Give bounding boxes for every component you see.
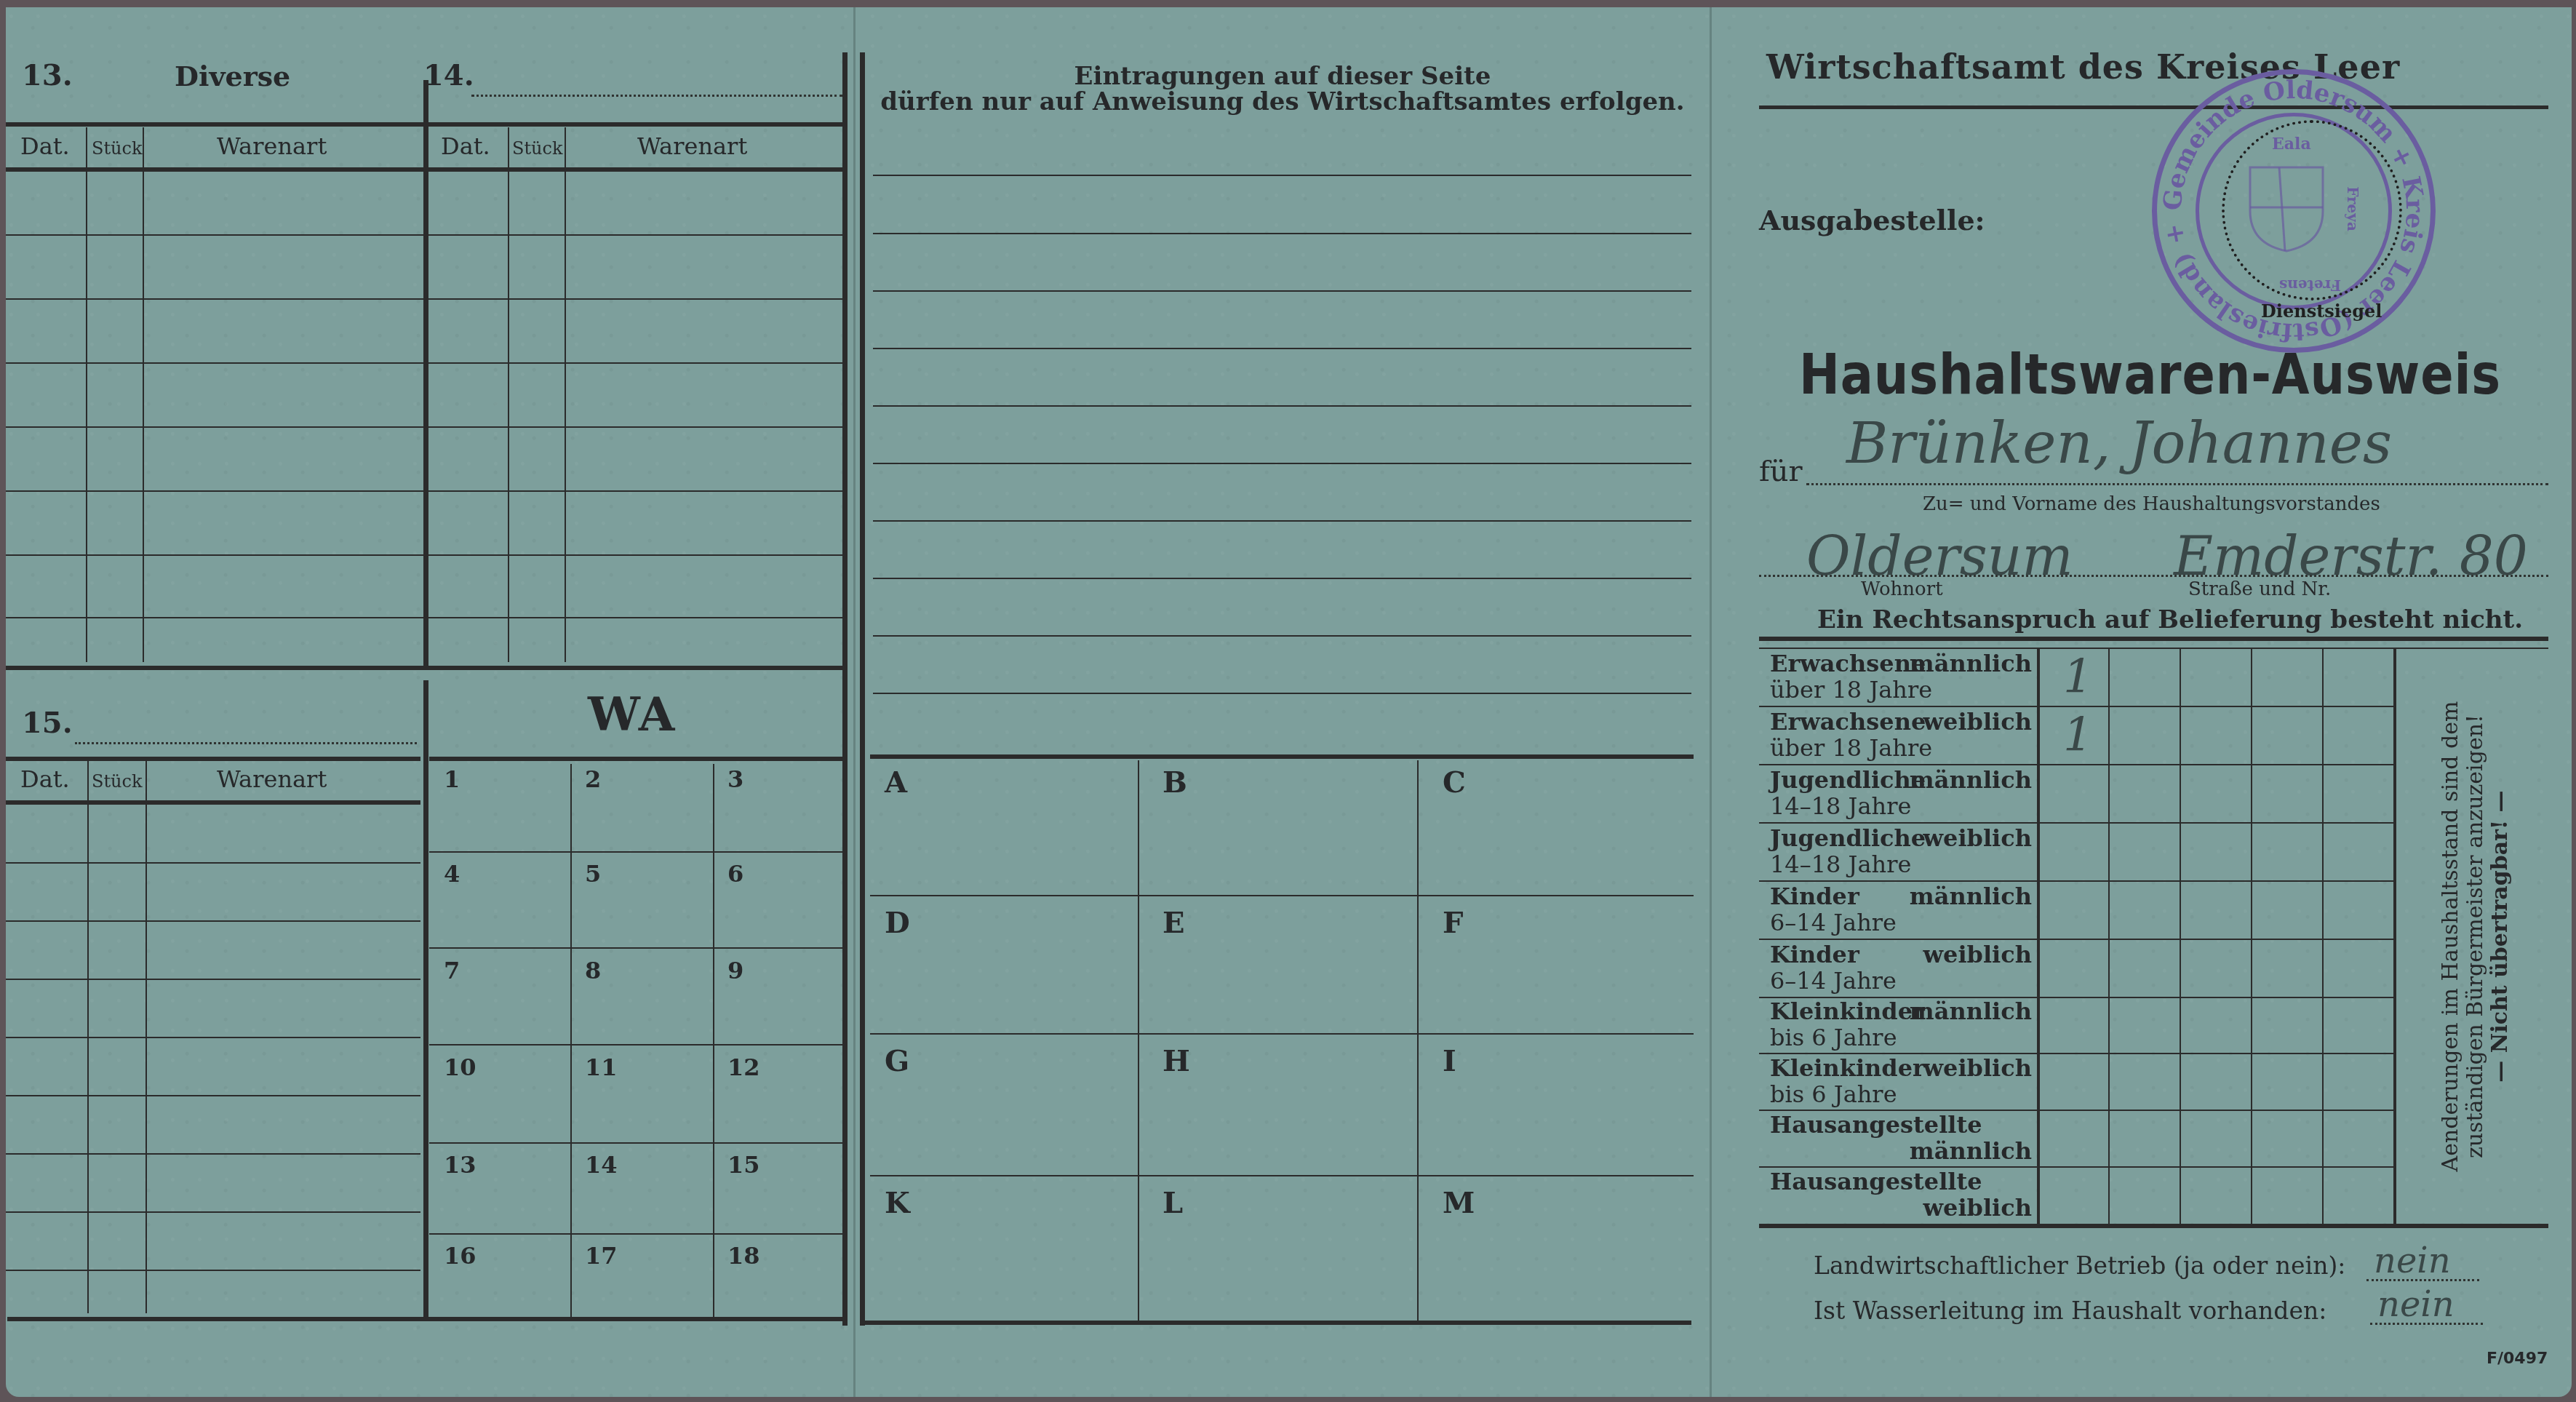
section-14-number: 14.: [423, 58, 474, 92]
column-header-date: Dat.: [20, 132, 70, 160]
grid-line: [870, 895, 1694, 896]
table-row-toddlers-female: Kleinkinder weiblich bis 6 Jahre: [1770, 1055, 2032, 1107]
wa-cell-4[interactable]: 4: [444, 860, 460, 888]
fold-crease: [1710, 7, 1712, 1397]
row-group: Kleinkinder: [1770, 997, 1925, 1025]
section-15-title-line[interactable]: [75, 742, 417, 744]
column-header-quantity: Stück: [512, 138, 563, 159]
entry-line[interactable]: [873, 290, 1691, 292]
entry-line[interactable]: [873, 175, 1691, 176]
row-gender: männlich: [1910, 1138, 2032, 1164]
column-header-date: Dat.: [20, 765, 70, 793]
row-group: Jugendliche: [1770, 766, 1926, 794]
wa-cell-1[interactable]: 1: [444, 765, 460, 793]
table-row-youth-male: Jugendliche männlich 14–18 Jahre: [1770, 767, 2032, 819]
row-gender: männlich: [1910, 883, 2032, 909]
column-divider: [2322, 649, 2324, 1224]
table-row[interactable]: [6, 298, 842, 300]
grid-cell-e[interactable]: E: [1163, 906, 1185, 940]
row-gender: weiblich: [1923, 709, 2033, 735]
row-age: bis 6 Jahre: [1770, 1024, 2032, 1051]
notice-line-1: Eintragungen auf dieser Seite: [857, 62, 1708, 91]
table-row-youth-female: Jugendliche weiblich 14–18 Jahre: [1770, 825, 2032, 877]
column-divider: [1138, 760, 1139, 1324]
wa-grid-title: WA: [588, 688, 676, 742]
grid-cell-l[interactable]: L: [1163, 1186, 1183, 1220]
wa-cell-12[interactable]: 12: [727, 1054, 760, 1081]
column-divider: [2393, 649, 2396, 1224]
row-group: Erwachsene: [1770, 650, 1926, 677]
form-code: F/0497: [2487, 1350, 2548, 1368]
entry-line[interactable]: [873, 405, 1691, 407]
divider: [7, 1317, 844, 1321]
table-row[interactable]: [6, 1270, 420, 1271]
side-note-line-1: Aenderungen im Haushaltsstand sind dem: [2439, 660, 2463, 1213]
row-divider: [1759, 822, 2393, 824]
grid-cell-m[interactable]: M: [1443, 1186, 1475, 1220]
divider: [870, 754, 1694, 759]
entry-line[interactable]: [873, 348, 1691, 349]
table-row[interactable]: [6, 1037, 420, 1038]
grid-line: [870, 1033, 1694, 1035]
table-row-children-female: Kinder weiblich 6–14 Jahre: [1770, 941, 2032, 994]
wa-cell-15[interactable]: 15: [727, 1151, 760, 1179]
table-row-domestic-male: Hausangestellte männlich: [1770, 1112, 2032, 1164]
divider: [6, 757, 420, 761]
section-13-title: Diverse: [175, 60, 290, 92]
wa-cell-18[interactable]: 18: [727, 1242, 760, 1270]
entry-line[interactable]: [873, 693, 1691, 694]
row-age: bis 6 Jahre: [1770, 1081, 2032, 1107]
column-header-quantity: Stück: [92, 138, 143, 159]
row-age: 14–18 Jahre: [1770, 793, 2032, 819]
panel-left: 13. Diverse 14. Dat. Stück Warenart Dat.…: [6, 7, 850, 1397]
column-divider: [2180, 649, 2181, 1224]
wa-cell-10[interactable]: 10: [444, 1054, 476, 1081]
column-divider: [2108, 649, 2110, 1224]
for-label: für: [1759, 455, 1803, 488]
table-row[interactable]: [6, 617, 842, 618]
row-age: 6–14 Jahre: [1770, 968, 2032, 994]
wa-cell-9[interactable]: 9: [727, 957, 743, 984]
table-row-adults-male: Erwachsene männlich über 18 Jahre: [1770, 650, 2032, 703]
column-divider: [2251, 649, 2252, 1224]
grid-line: [429, 947, 842, 949]
grid-cell-i[interactable]: I: [1443, 1044, 1456, 1078]
side-note: Aenderungen im Haushaltsstand sind dem z…: [2403, 649, 2548, 1224]
column-header-item: Warenart: [217, 765, 327, 793]
name-field-value[interactable]: Brünken, Johannes: [1846, 411, 2392, 477]
column-divider: [86, 127, 87, 662]
water-question-label: Ist Wasserleitung im Haushalt vorhanden:: [1814, 1297, 2326, 1325]
wa-cell-3[interactable]: 3: [727, 765, 743, 793]
table-row[interactable]: [6, 862, 420, 864]
side-note-line-2: zuständigen Bürgermeister anzuzeigen!: [2463, 660, 2488, 1213]
table-row[interactable]: [6, 554, 842, 556]
row-gender: weiblich: [1923, 941, 2033, 968]
official-stamp: Gemeinde Oldersum + Kreis Leer (Ostfries…: [2152, 69, 2436, 353]
panel-edge-line: [842, 52, 848, 1326]
panel-edge-line: [860, 52, 865, 1326]
table-row[interactable]: [6, 426, 842, 428]
stamp-inner-right: Freya: [2344, 186, 2361, 231]
count-adults-female[interactable]: 1: [2063, 709, 2093, 762]
row-gender: weiblich: [1923, 825, 2033, 851]
column-header-item: Warenart: [637, 132, 747, 160]
wa-cell-14[interactable]: 14: [585, 1151, 618, 1179]
row-gender: weiblich: [1923, 1055, 2033, 1081]
count-adults-male[interactable]: 1: [2063, 650, 2093, 704]
table-row[interactable]: [6, 1211, 420, 1213]
residence-caption: Wohnort: [1861, 578, 1943, 600]
section-divider: [423, 80, 428, 666]
column-divider: [143, 127, 144, 662]
row-divider: [1759, 880, 2393, 882]
column-divider: [2037, 649, 2040, 1224]
row-gender: weiblich: [1923, 1195, 2033, 1221]
wa-cell-7[interactable]: 7: [444, 957, 460, 984]
entry-line[interactable]: [873, 578, 1691, 579]
row-group: Kinder: [1770, 941, 1859, 968]
grid-cell-b[interactable]: B: [1163, 765, 1187, 800]
row-group: Kinder: [1770, 883, 1859, 910]
table-row[interactable]: [6, 362, 842, 364]
grid-cell-c[interactable]: C: [1443, 765, 1466, 800]
ration-card: 13. Diverse 14. Dat. Stück Warenart Dat.…: [6, 7, 2572, 1397]
wa-cell-17[interactable]: 17: [585, 1242, 618, 1270]
panel-middle: Eintragungen auf dieser Seite dürfen nur…: [857, 7, 1708, 1397]
row-gender: männlich: [1910, 650, 2032, 677]
column-divider: [508, 127, 509, 662]
entry-line[interactable]: [873, 635, 1691, 637]
grid-line: [429, 1142, 842, 1144]
row-age: über 18 Jahre: [1770, 677, 2032, 703]
row-divider: [1759, 764, 2393, 765]
table-row[interactable]: [6, 920, 420, 922]
divider: [1759, 1224, 2548, 1228]
wa-cell-11[interactable]: 11: [585, 1054, 618, 1081]
column-header-item: Warenart: [217, 132, 327, 160]
column-divider: [565, 127, 566, 662]
grid-cell-h[interactable]: H: [1163, 1044, 1190, 1078]
divider: [1759, 637, 2548, 641]
wa-cell-6[interactable]: 6: [727, 860, 743, 888]
panel-right: Wirtschaftsamt des Kreises Leer Ausgabes…: [1715, 7, 2572, 1397]
section-14-title-line[interactable]: [471, 95, 842, 97]
side-note-line-3: — Nicht übertragbar! —: [2488, 660, 2513, 1213]
row-age: über 18 Jahre: [1770, 735, 2032, 761]
section-divider: [423, 680, 428, 1317]
grid-line: [429, 1233, 842, 1235]
grid-cell-g[interactable]: G: [885, 1044, 909, 1078]
entry-line[interactable]: [873, 463, 1691, 464]
wa-cell-16[interactable]: 16: [444, 1242, 476, 1270]
column-header-date: Dat.: [441, 132, 490, 160]
household-table: Erwachsene männlich über 18 Jahre 1 Erwa…: [1759, 649, 2548, 1226]
table-row[interactable]: [6, 1095, 420, 1096]
stamp-inner-bottom: Fretens: [2279, 276, 2341, 294]
grid-cell-d[interactable]: D: [885, 906, 910, 940]
water-answer-value[interactable]: nein: [2377, 1284, 2455, 1325]
wa-cell-8[interactable]: 8: [585, 957, 601, 984]
table-row[interactable]: [6, 234, 842, 236]
divider: [6, 800, 420, 805]
column-header-quantity: Stück: [92, 771, 143, 792]
grid-line: [429, 851, 842, 853]
column-divider: [1417, 760, 1419, 1324]
row-group: Hausangestellte: [1770, 1168, 1982, 1195]
name-caption: Zu= und Vorname des Haushaltungsvorstand…: [1923, 493, 2380, 515]
row-age: 6–14 Jahre: [1770, 909, 2032, 936]
wa-cell-13[interactable]: 13: [444, 1151, 476, 1179]
row-divider: [1759, 706, 2393, 707]
table-row[interactable]: [6, 1153, 420, 1155]
grid-cell-k[interactable]: K: [885, 1186, 910, 1220]
stamp-inner-top: Eala: [2272, 135, 2311, 154]
entry-line[interactable]: [873, 520, 1691, 522]
issuing-office-label: Ausgabestelle:: [1759, 204, 1985, 236]
table-row-adults-female: Erwachsene weiblich über 18 Jahre: [1770, 709, 2032, 761]
farm-answer-value[interactable]: nein: [2374, 1240, 2451, 1281]
street-caption: Straße und Nr.: [2188, 578, 2331, 600]
row-divider: [1759, 939, 2393, 940]
row-group: Erwachsene: [1770, 708, 1926, 736]
table-row-children-male: Kinder männlich 6–14 Jahre: [1770, 883, 2032, 936]
notice-line-2: dürfen nur auf Anweisung des Wirtschafts…: [857, 87, 1708, 116]
row-age: 14–18 Jahre: [1770, 851, 2032, 877]
table-row-domestic-female: Hausangestellte weiblich: [1770, 1168, 2032, 1221]
row-group: Kleinkinder: [1770, 1054, 1925, 1082]
stamp-caption: Dienstsiegel: [2261, 300, 2382, 322]
grid-cell-f[interactable]: F: [1443, 906, 1463, 940]
wa-cell-2[interactable]: 2: [585, 765, 601, 793]
row-group: Jugendliche: [1770, 824, 1926, 852]
divider: [864, 1321, 1691, 1325]
divider: [6, 666, 842, 670]
section-15-number: 15.: [22, 706, 73, 740]
grid-cell-a[interactable]: A: [885, 765, 907, 800]
table-row[interactable]: [6, 490, 842, 492]
row-group: Hausangestellte: [1770, 1111, 1982, 1139]
farm-question-label: Landwirtschaftlicher Betrieb (ja oder ne…: [1814, 1251, 2345, 1280]
table-row[interactable]: [6, 979, 420, 980]
name-field-line[interactable]: [1806, 483, 2548, 485]
row-gender: männlich: [1910, 998, 2032, 1024]
section-13-number: 13.: [22, 58, 73, 92]
coat-of-arms-icon: [2243, 160, 2330, 255]
document-title: Haushaltswaren-Ausweis: [1799, 342, 2501, 407]
residence-field-line[interactable]: [1759, 575, 2548, 577]
grid-line: [870, 1175, 1694, 1176]
row-gender: männlich: [1910, 767, 2032, 793]
entry-line[interactable]: [873, 233, 1691, 234]
grid-line: [429, 1044, 842, 1045]
legal-notice: Ein Rechtsanspruch auf Belieferung beste…: [1817, 605, 2523, 634]
table-row-toddlers-male: Kleinkinder männlich bis 6 Jahre: [1770, 998, 2032, 1051]
divider: [429, 757, 842, 761]
fold-crease: [853, 7, 856, 1397]
wa-cell-5[interactable]: 5: [585, 860, 601, 888]
